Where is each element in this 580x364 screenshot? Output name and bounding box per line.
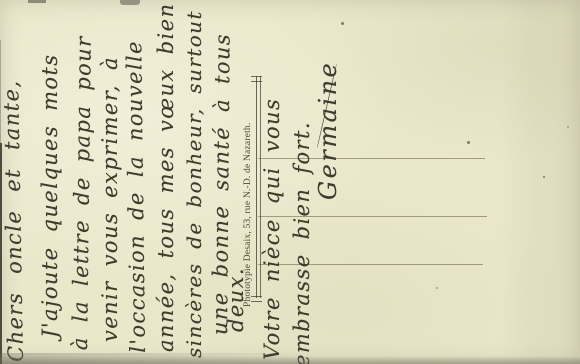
message-line: sincères de bonheur, surtout — [184, 10, 204, 358]
message-line: année, tous mes vœux bien — [156, 3, 177, 352]
printer-credit: Phototypie Desaix, 53, rue N.-D. de Naza… — [243, 123, 253, 307]
message-line: venir vous exprimer, à — [100, 56, 121, 342]
ink-speck — [543, 176, 545, 178]
message-line: à la lettre de papa pour — [70, 35, 95, 350]
closing-line: embrasse bien fort. — [292, 121, 313, 364]
ink-speck — [436, 287, 438, 289]
scan-edge-left — [0, 143, 2, 364]
scan-edge-left-faint — [0, 40, 1, 143]
scan-mark-top — [120, 0, 140, 5]
message-line: J'ajoute quelques mots — [40, 54, 61, 338]
closing-line: Votre nièce qui vous — [262, 98, 283, 360]
message-line: l'occasion de la nouvelle — [124, 40, 149, 353]
postcard-back-scan: Chers oncle et tante, J'ajoute quelques … — [0, 0, 580, 364]
ink-speck — [467, 141, 470, 144]
message-line: Chers oncle et tante, — [1, 79, 27, 362]
scan-mark-top — [28, 0, 46, 3]
ink-speck — [341, 22, 344, 25]
divider-cap-top — [251, 76, 262, 82]
ink-speck — [567, 126, 569, 128]
scan-edge-bottom — [0, 356, 580, 364]
